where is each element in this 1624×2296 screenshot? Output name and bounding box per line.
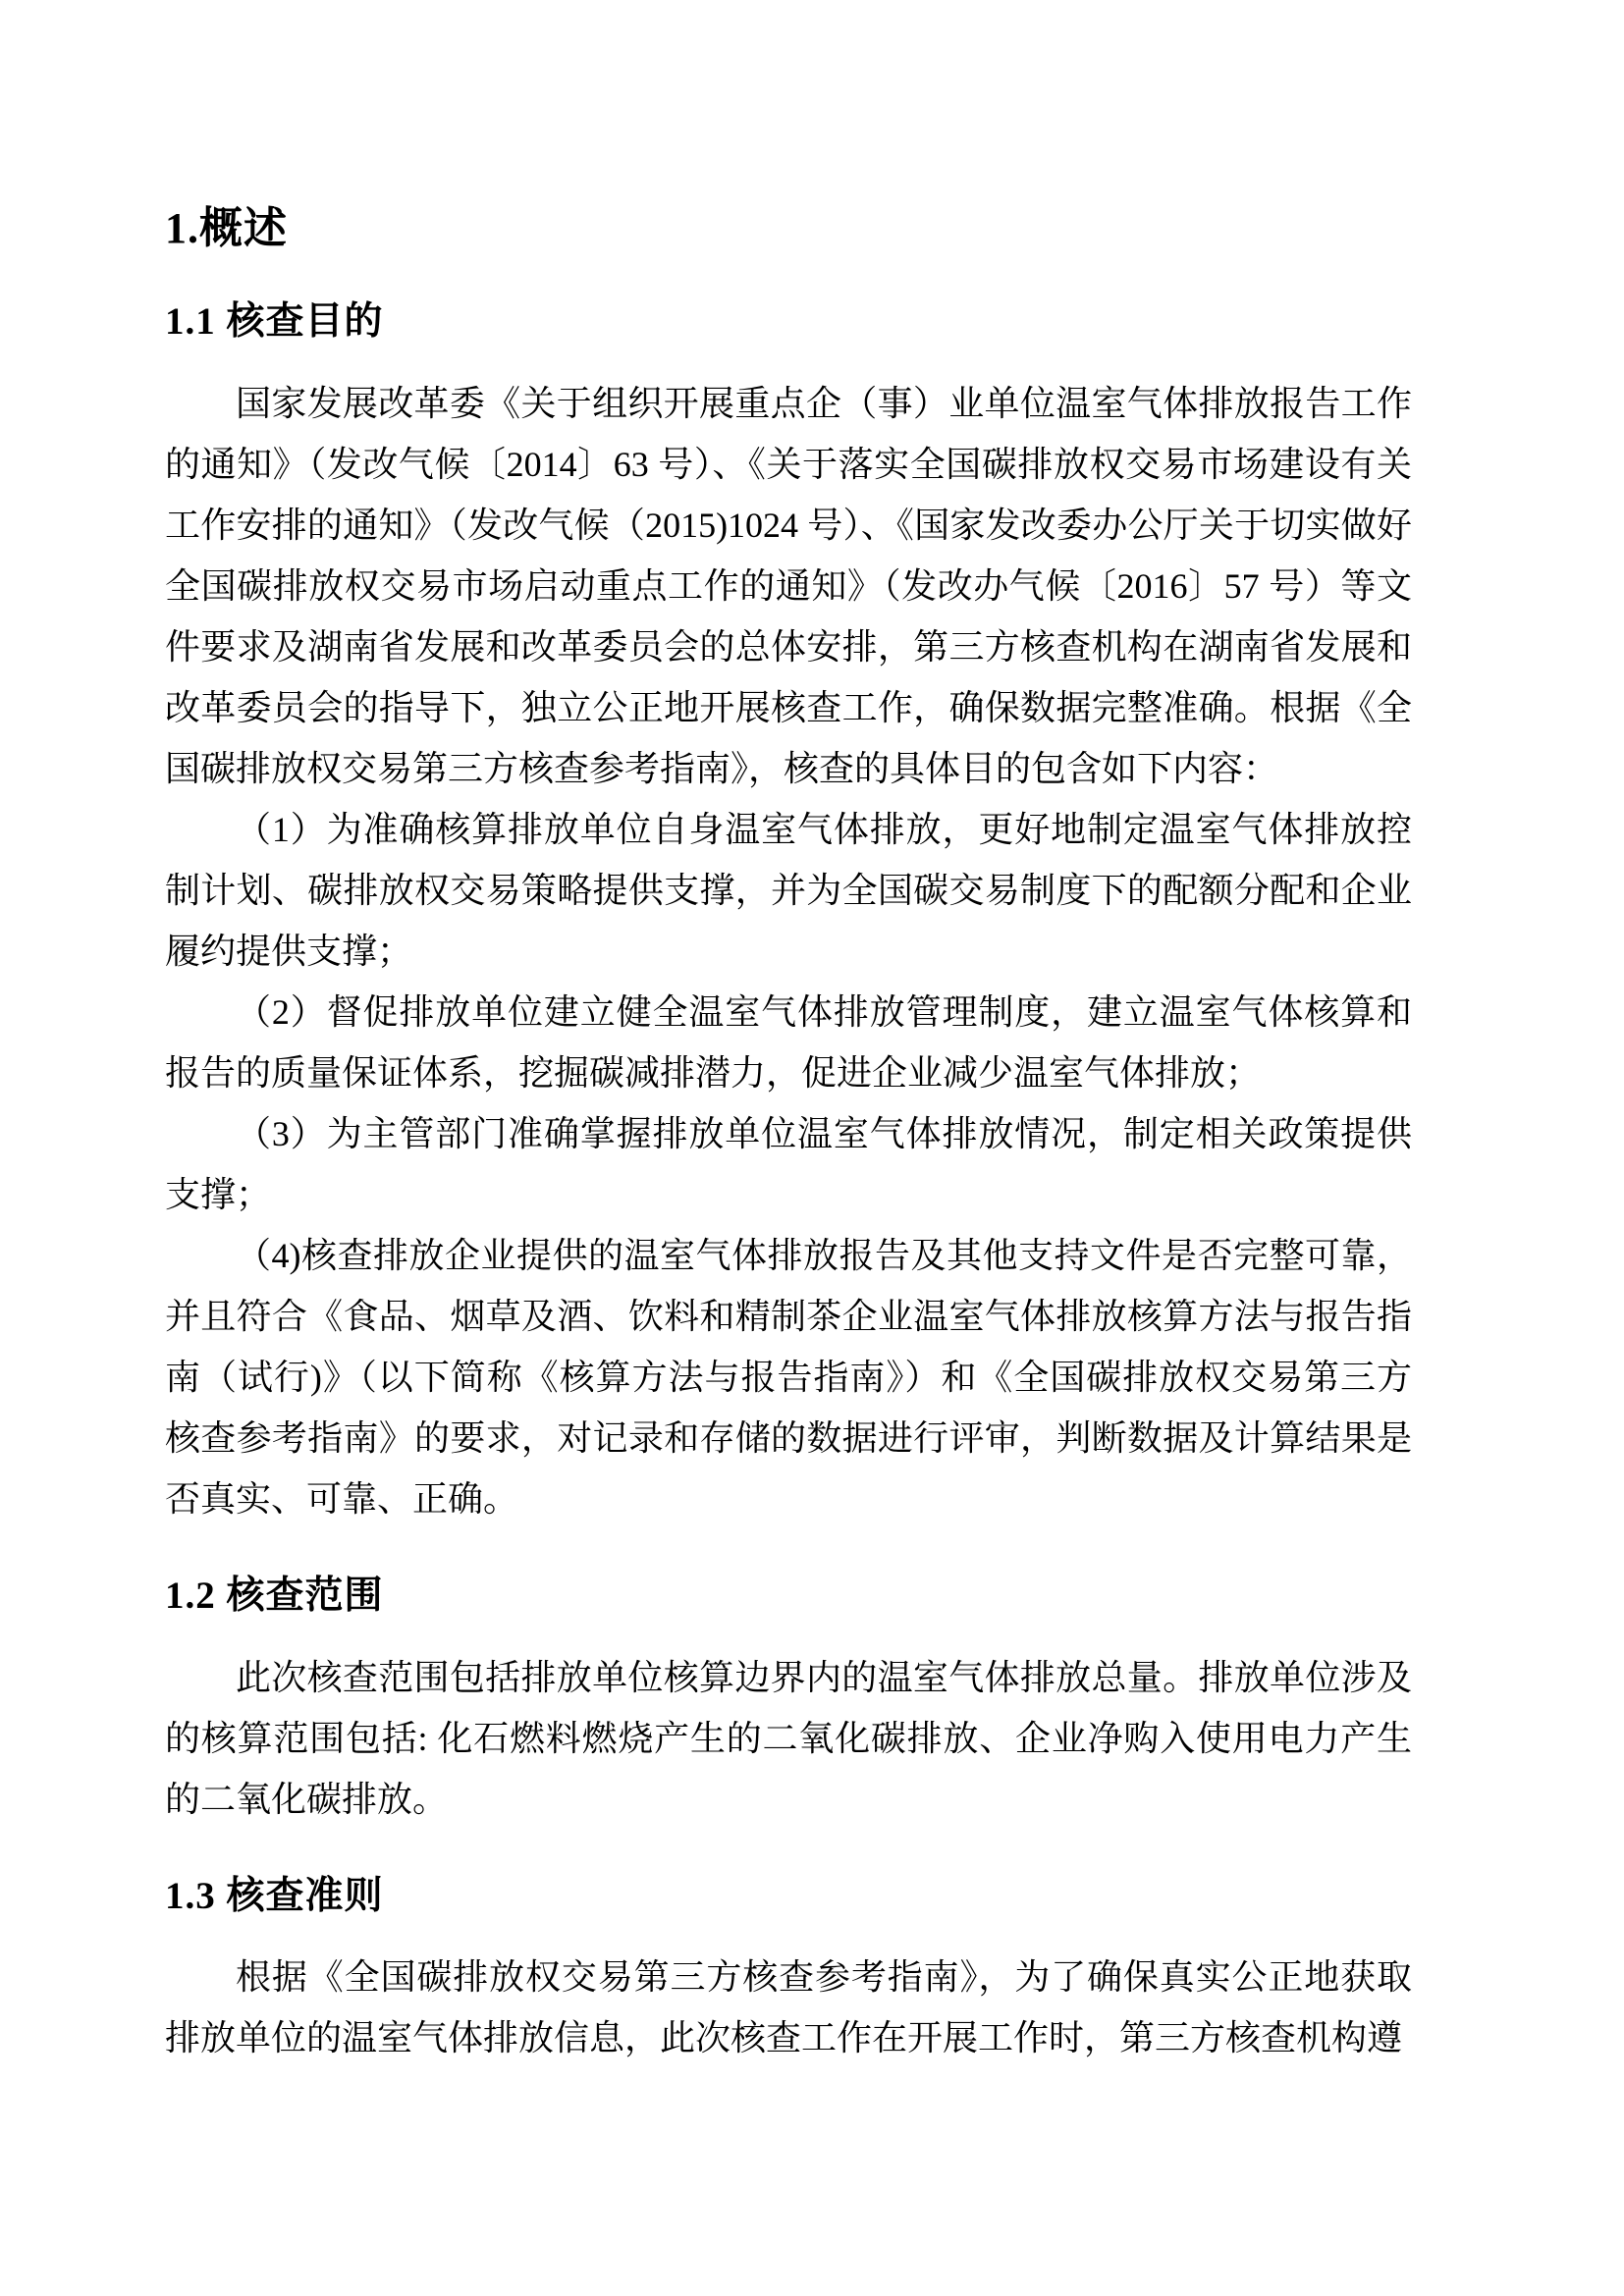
paragraph: （4)核查排放企业提供的温室气体排放报告及其他支持文件是否完整可靠，并且符合《食… [165, 1225, 1412, 1529]
section-heading-1-1: 1.1 核查目的 [165, 299, 1412, 346]
paragraph: （3）为主管部门准确掌握排放单位温室气体排放情况，制定相关政策提供支撑； [165, 1103, 1412, 1225]
paragraph: （2）督促排放单位建立健全温室气体排放管理制度，建立温室气体核算和报告的质量保证… [165, 982, 1412, 1103]
section-heading-1-2: 1.2 核查范围 [165, 1574, 1412, 1620]
chapter-title: 1.概述 [165, 201, 1412, 255]
section-verification-criteria: 1.3 核查准则 根据《全国碳排放权交易第三方核查参考指南》，为了确保真实公正地… [165, 1874, 1412, 2069]
section-heading-1-3: 1.3 核查准则 [165, 1874, 1412, 1920]
paragraph: 国家发展改革委《关于组织开展重点企（事）业单位温室气体排放报告工作的通知》（发改… [165, 373, 1412, 799]
section-verification-scope: 1.2 核查范围 此次核查范围包括排放单位核算边界内的温室气体排放总量。排放单位… [165, 1574, 1412, 1830]
document-page: 1.概述 1.1 核查目的 国家发展改革委《关于组织开展重点企（事）业单位温室气… [0, 0, 1624, 2296]
section-verification-purpose: 1.1 核查目的 国家发展改革委《关于组织开展重点企（事）业单位温室气体排放报告… [165, 299, 1412, 1529]
paragraph: （1）为准确核算排放单位自身温室气体排放，更好地制定温室气体排放控制计划、碳排放… [165, 799, 1412, 982]
paragraph: 此次核查范围包括排放单位核算边界内的温室气体排放总量。排放单位涉及的核算范围包括… [165, 1647, 1412, 1830]
paragraph: 根据《全国碳排放权交易第三方核查参考指南》，为了确保真实公正地获取排放单位的温室… [165, 1947, 1412, 2068]
